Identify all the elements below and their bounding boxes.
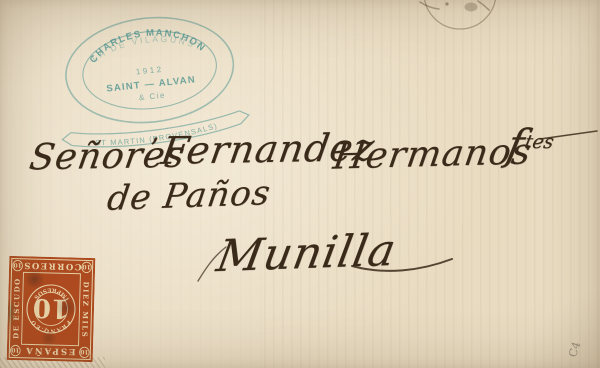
stamp-corner-value-bl: 10 [82, 263, 91, 270]
postage-stamp: 10 10 10 10 ESPAÑA CORREOS DIEZ MILS DE … [7, 256, 96, 362]
paper-texture-right [264, 0, 600, 368]
envelope-cover: LA DE VILAGUNST CHARLES MANCHON 1912 SAI… [0, 0, 600, 368]
address-destination: Munilla [213, 225, 400, 282]
address-abbrev: ftes [503, 120, 558, 169]
postmark-speck [445, 2, 448, 5]
address-brothers: Hermanos [331, 131, 535, 177]
postmark-circle [424, 0, 496, 29]
cachet-company-line: & Cie [138, 91, 166, 103]
address-apostrophe: ’ [150, 132, 160, 165]
pencil-note: C4 [566, 340, 583, 359]
stamp-left-band-label: DIEZ MILS [80, 281, 90, 338]
cachet-number-line: 1912 [135, 65, 164, 77]
address-abbrev-superscript: tes [523, 131, 556, 153]
address-trade-line: de Paños [105, 173, 274, 219]
stamp-corner-value-tr: 10 [11, 346, 20, 353]
postmark-top-marks [420, 1, 489, 10]
stamp-corner-value-tl: 10 [80, 348, 89, 355]
stamp-service-label: CORREOS [23, 260, 82, 272]
stamp-corner-value-br: 10 [13, 261, 22, 268]
stamp-right-band-label: DE ESCUDO [11, 277, 22, 339]
postmark-ink-blob [465, 3, 478, 12]
